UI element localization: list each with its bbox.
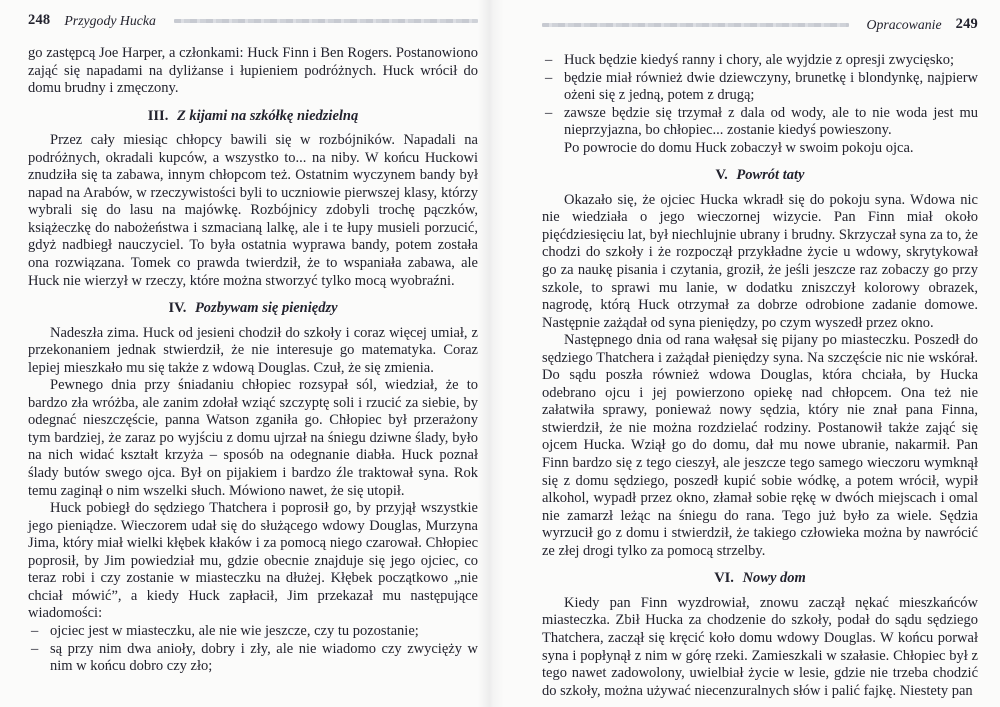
paragraph: Huck pobiegł do sędziego Thatchera i pop… (28, 500, 478, 623)
list-dash: – (542, 105, 564, 140)
section-title: Powrót taty (736, 167, 804, 183)
running-head-left: 248 Przygody Hucka (28, 12, 478, 30)
paragraph: go zastępcą Joe Harper, a członkami: Huc… (28, 45, 478, 98)
list-dash: – (542, 70, 564, 105)
list-item: – Huck będzie kiedyś ranny i chory, ale … (542, 52, 978, 70)
paragraph: Nadeszła zima. Huck od jesieni chodził d… (28, 325, 478, 378)
list-item: – zawsze będzie się trzymał z dala od wo… (542, 105, 978, 140)
paragraph: Okazało się, że ojciec Hucka wkradł się … (542, 192, 978, 332)
list-item-text: są przy nim dwa anioły, dobry i zły, ale… (50, 641, 478, 676)
section-number: III. (148, 108, 169, 124)
list-dash: – (28, 623, 50, 641)
paragraph: Kiedy pan Finn wyzdrowiał, znowu zaczął … (542, 595, 978, 700)
list-item-text: ojciec jest w miasteczku, ale nie wie je… (50, 623, 478, 641)
list-item: – będzie miał również dwie dziewczyny, b… (542, 70, 978, 105)
page-spine-shadow (478, 0, 504, 707)
list-dash: – (28, 641, 50, 676)
section-heading-iv: IV. Pozbywam się pieniędzy (28, 300, 478, 318)
section-title: Nowy dom (743, 570, 806, 586)
list-dash: – (542, 52, 564, 70)
section-heading-vi: VI. Nowy dom (542, 570, 978, 588)
header-rule (174, 19, 478, 23)
list-item: – są przy nim dwa anioły, dobry i zły, a… (28, 641, 478, 676)
list-item-text: będzie miał również dwie dziewczyny, bru… (564, 70, 978, 105)
page-number: 248 (28, 12, 50, 30)
list-item-text: Huck będzie kiedyś ranny i chory, ale wy… (564, 52, 978, 70)
header-rule (542, 23, 849, 27)
section-heading-iii: III. Z kijami na szkółkę niedzielną (28, 108, 478, 126)
paragraph: Pewnego dnia przy śniadaniu chłopiec roz… (28, 377, 478, 500)
page-number: 249 (956, 16, 978, 34)
page-right: Opracowanie 249 – Huck będzie kiedyś ran… (542, 0, 978, 707)
running-title: Przygody Hucka (64, 12, 156, 30)
section-title: Z kijami na szkółkę niedzielną (177, 108, 358, 124)
list-item-text: zawsze będzie się trzymał z dala od wody… (564, 105, 978, 140)
paragraph: Przez cały miesiąc chłopcy bawili się w … (28, 132, 478, 290)
running-head-right: Opracowanie 249 (542, 16, 978, 34)
paragraph: Po powrocie do domu Huck zobaczył w swoi… (542, 140, 978, 158)
running-title: Opracowanie (867, 16, 942, 34)
list-item: – ojciec jest w miasteczku, ale nie wie … (28, 623, 478, 641)
section-number: VI. (714, 570, 734, 586)
section-heading-v: V. Powrót taty (542, 167, 978, 185)
section-number: IV. (168, 300, 186, 316)
section-title: Pozbywam się pieniędzy (195, 300, 338, 316)
paragraph: Następnego dnia od rana wałęsał się pija… (542, 332, 978, 560)
book-spread: 248 Przygody Hucka go zastępcą Joe Harpe… (0, 0, 1000, 707)
section-number: V. (716, 167, 728, 183)
page-left: 248 Przygody Hucka go zastępcą Joe Harpe… (28, 0, 478, 707)
